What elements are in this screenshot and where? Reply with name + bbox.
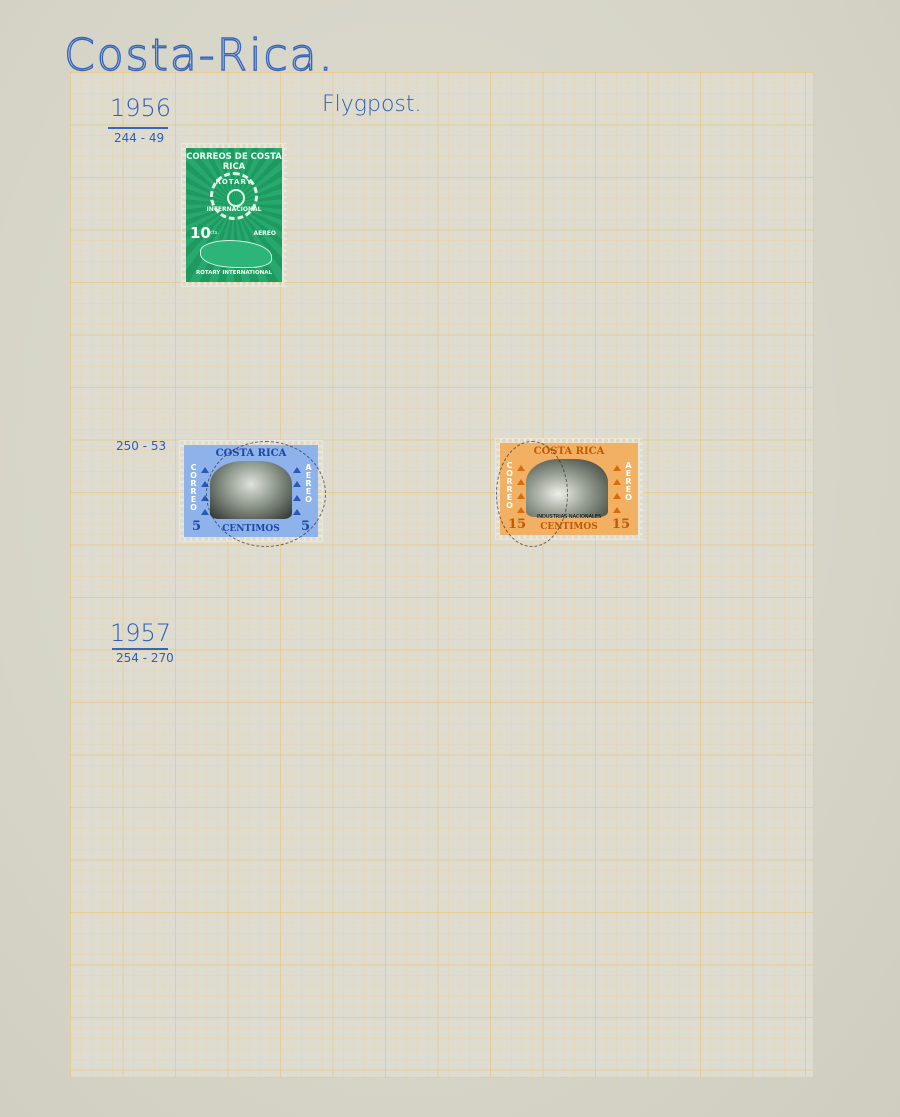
year-label-1956: 1956 xyxy=(110,94,171,122)
page-title: Costa-Rica. xyxy=(64,30,335,81)
stamp-service: AEREO xyxy=(253,230,276,237)
triangle-ornament xyxy=(613,493,621,499)
stamp-center-bottom: INTERNACIONAL xyxy=(186,206,282,213)
stamp-left-side: CORREO xyxy=(189,463,198,511)
stamp-rotary-10cts[interactable]: CORREOS DE COSTA RICA ROTARY INTERNACION… xyxy=(186,148,282,282)
stamp-center-top: ROTARY xyxy=(186,178,282,186)
year-underline xyxy=(112,648,168,650)
stamp-airmail-15-centimos[interactable]: COSTA RICA CORREO AEREO INDUSTRIAS NACIO… xyxy=(500,443,638,535)
stamp-footer: ROTARY INTERNATIONAL xyxy=(186,270,282,276)
postmark-cancel xyxy=(496,441,568,547)
section-label: Flygpost. xyxy=(322,92,422,117)
triangle-ornament xyxy=(613,507,621,513)
globe-map-icon xyxy=(200,240,272,268)
catalogue-range: 244 - 49 xyxy=(114,131,164,145)
stamp-right-side: AEREO xyxy=(624,461,633,501)
year-label-1957: 1957 xyxy=(110,619,171,647)
triangle-ornament xyxy=(613,479,621,485)
postmark-cancel xyxy=(206,441,326,547)
stamp-unit: cts. xyxy=(210,230,219,236)
stamp-airmail-5-centimos[interactable]: COSTA RICA CORREO AEREO 5 5 CENTIMOS xyxy=(184,445,318,537)
triangle-ornament xyxy=(201,467,209,473)
triangle-ornament xyxy=(613,465,621,471)
catalogue-range: 250 - 53 xyxy=(116,439,166,453)
year-underline xyxy=(108,127,168,129)
stamp-header: CORREOS DE COSTA RICA xyxy=(186,152,282,172)
catalogue-range: 254 - 270 xyxy=(116,651,174,665)
stamp-value: 10 xyxy=(190,224,211,242)
